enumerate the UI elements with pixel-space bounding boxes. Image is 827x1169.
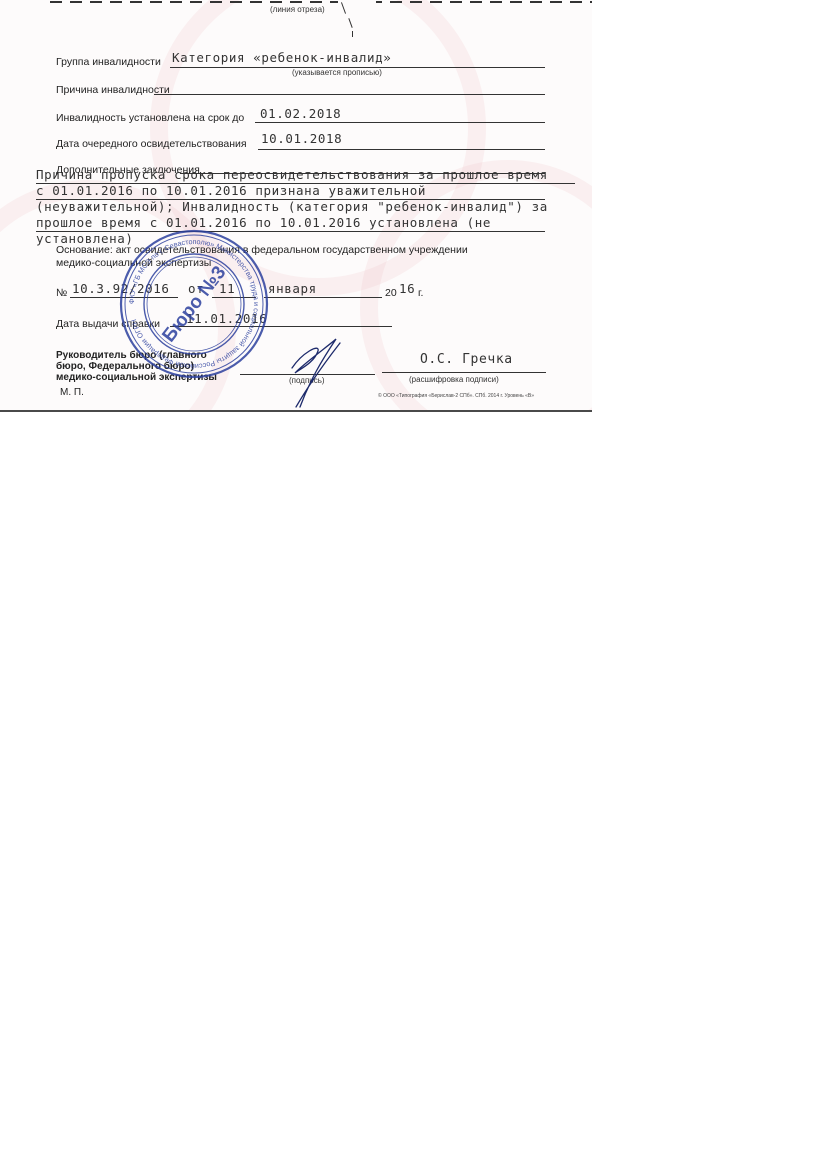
term-until-label: Инвалидность установлена на срок до	[56, 112, 244, 124]
disability-group-value: Категория «ребенок-инвалид»	[172, 50, 391, 65]
cut-line	[50, 1, 592, 3]
act-year-prefix: 20	[385, 287, 397, 299]
additional-conclusions-line-2: с 01.01.2016 по 10.01.2016 признана уваж…	[36, 183, 426, 198]
svg-text:Бюро №3: Бюро №3	[158, 262, 230, 346]
official-stamp: ФКУ «ГБ МСЭ по г. Севастополю» Министерс…	[118, 228, 270, 380]
seal-place-label: М. П.	[60, 387, 84, 398]
disability-reason-label: Причина инвалидности	[56, 84, 170, 96]
printer-imprint: © ООО «Типография «Берислав-2 СПб». СПб.…	[378, 393, 534, 399]
signer-name-hint: (расшифровка подписи)	[409, 375, 499, 384]
additional-conclusions-line-3: (неуважительной); Инвалидность (категори…	[36, 199, 548, 214]
disability-group-hint: (указывается прописью)	[292, 68, 382, 77]
next-exam-date-value: 10.01.2018	[261, 131, 342, 146]
cut-line-notch	[352, 31, 353, 37]
term-until-underline	[255, 122, 545, 123]
next-exam-date-underline	[258, 149, 545, 150]
signer-name-underline	[382, 372, 546, 373]
disability-group-label: Группа инвалидности	[56, 56, 161, 68]
act-number-prefix: №	[56, 287, 67, 299]
act-year-suffix: 16	[399, 281, 415, 296]
act-month-value: января	[268, 281, 317, 296]
cut-line-label: (линия отреза)	[270, 5, 325, 14]
signer-name: О.С. Гречка	[420, 352, 513, 367]
additional-conclusions-line-1: Причина пропуска срока переосвидетельств…	[36, 167, 548, 182]
disability-reason-underline	[154, 94, 545, 95]
act-year-unit: г.	[418, 287, 423, 299]
term-until-value: 01.02.2018	[260, 106, 341, 121]
handwritten-signature	[280, 335, 380, 410]
next-exam-date-label: Дата очередного освидетельствования	[56, 138, 247, 150]
certificate-tear-off-section: (линия отреза) Группа инвалидности Катег…	[0, 0, 592, 412]
